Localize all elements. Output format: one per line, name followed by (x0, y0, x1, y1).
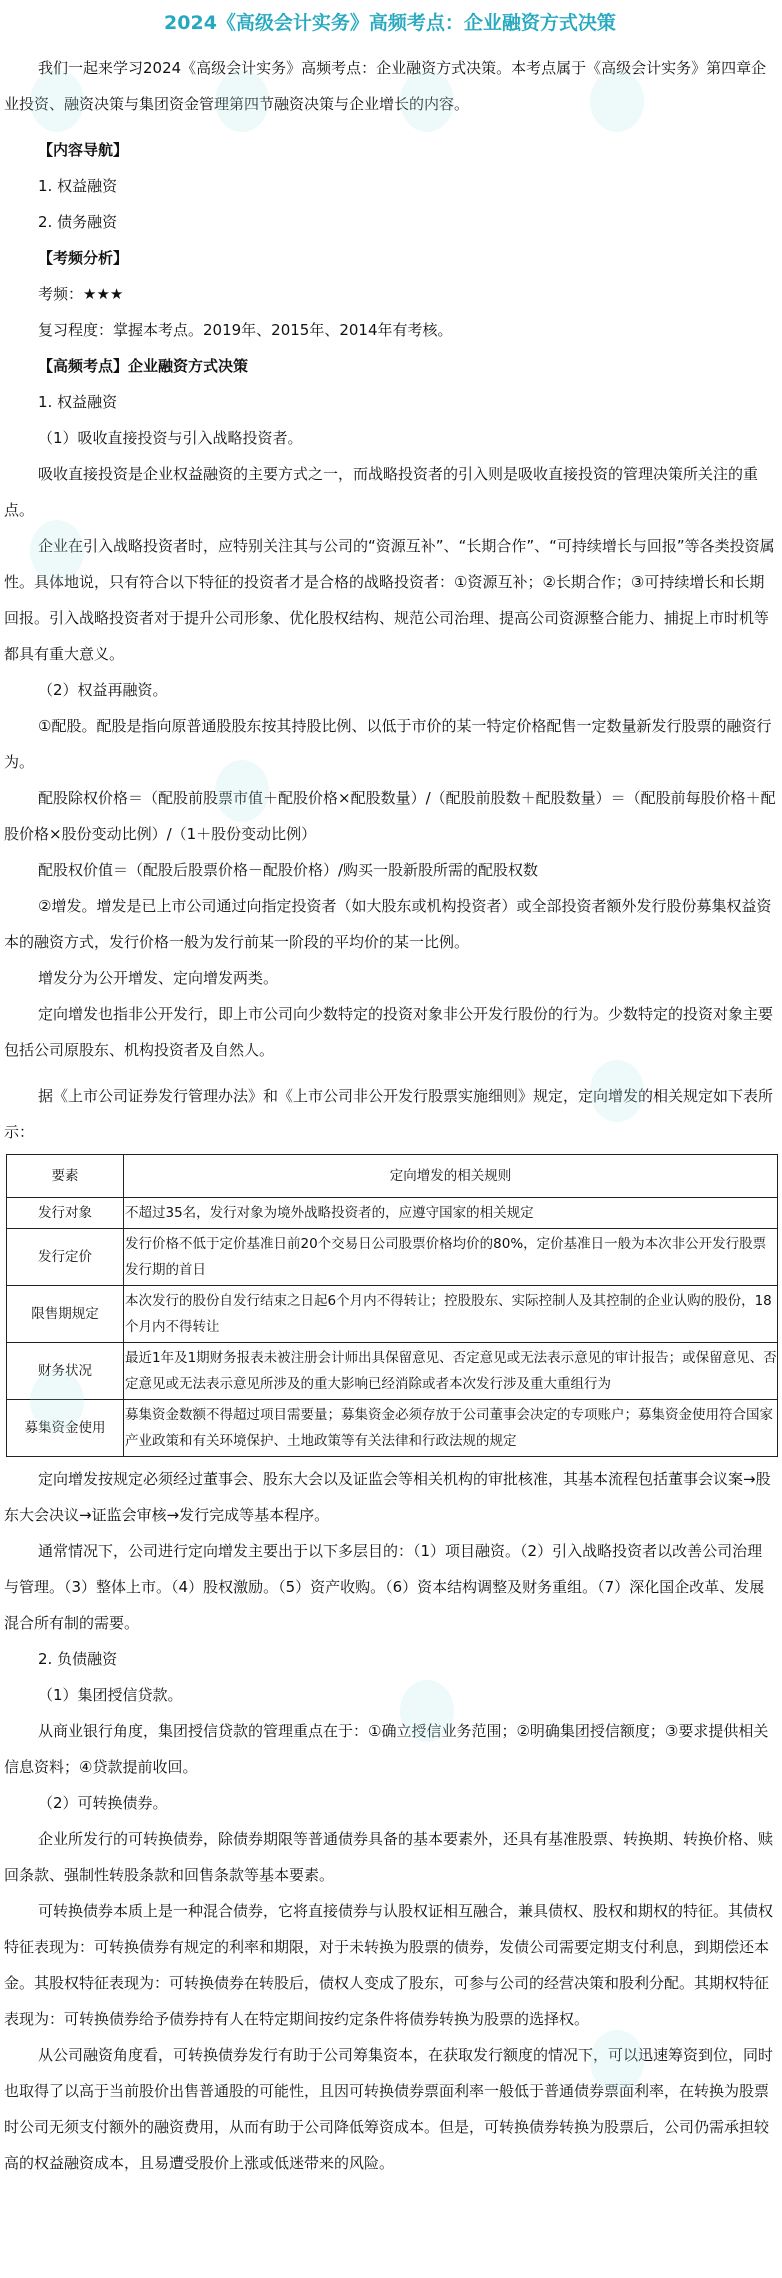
after-table-p2: 通常情况下，公司进行定向增发主要出于以下多层目的：（1）项目融资。（2）引入战略… (4, 1533, 776, 1641)
equity-p4: ②增发。增发是已上市公司通过向指定投资者（如大股东或机构投资者）或全部投资者额外… (4, 888, 776, 960)
rights-value-formula: 配股权价值＝（配股后股票价格－配股价格）/购买一股新股所需的配股权数 (4, 852, 776, 888)
debt-p1: 从商业银行角度，集团授信贷款的管理重点在于：①确立授信业务范围；②明确集团授信额… (4, 1713, 776, 1785)
table-header-rule: 定向增发的相关规则 (124, 1155, 778, 1198)
table-cell-value: 募集资金数额不得超过项目需要量；募集资金必须存放于公司董事会决定的专项账户；募集… (124, 1400, 778, 1457)
table-cell-key: 限售期规定 (7, 1286, 124, 1343)
debt-p4: 从公司融资角度看，可转换债券发行有助于公司筹集资本，在获取发行额度的情况下，可以… (4, 2037, 776, 2181)
equity-p1: 吸收直接投资是企业权益融资的主要方式之一，而战略投资者的引入则是吸收直接投资的管… (4, 456, 776, 528)
table-cell-value: 不超过35名，发行对象为境外战略投资者的，应遵守国家的相关规定 (124, 1198, 778, 1229)
equity-p5: 增发分为公开增发、定向增发两类。 (4, 960, 776, 996)
intro-paragraph: 我们一起来学习2024《高级会计实务》高频考点：企业融资方式决策。本考点属于《高… (4, 50, 776, 122)
table-cell-key: 财务状况 (7, 1343, 124, 1400)
table-cell-value: 发行价格不低于定价基准日前20个交易日公司股票价格均价的80%，定价基准日一般为… (124, 1229, 778, 1286)
exam-frequency: 考频：★★★ (4, 276, 776, 312)
analysis-heading: 【考频分析】 (4, 240, 776, 276)
equity-p2: 企业在引入战略投资者时，应特别关注其与公司的“资源互补”、“长期合作”、“可持续… (4, 528, 776, 672)
section-equity-heading: 1. 权益融资 (4, 384, 776, 420)
review-level: 复习程度：掌握本考点。2019年、2015年、2014年有考核。 (4, 312, 776, 348)
equity-sub1: （1）吸收直接投资与引入战略投资者。 (4, 420, 776, 456)
equity-p7: 据《上市公司证券发行管理办法》和《上市公司非公开发行股票实施细则》规定，定向增发… (4, 1078, 776, 1150)
after-table-p1: 定向增发按规定必须经过董事会、股东大会以及证监会等相关机构的审批核准，其基本流程… (4, 1461, 776, 1533)
table-row: 发行定价 发行价格不低于定价基准日前20个交易日公司股票价格均价的80%，定价基… (7, 1229, 778, 1286)
private-placement-rules-table: 要素 定向增发的相关规则 发行对象 不超过35名，发行对象为境外战略投资者的，应… (6, 1154, 778, 1457)
table-cell-key: 发行定价 (7, 1229, 124, 1286)
table-header-element: 要素 (7, 1155, 124, 1198)
equity-p3: ①配股。配股是指向原普通股股东按其持股比例、以低于市价的某一特定价格配售一定数量… (4, 708, 776, 780)
table-row: 限售期规定 本次发行的股份自发行结束之日起6个月内不得转让；控股股东、实际控制人… (7, 1286, 778, 1343)
equity-sub2: （2）权益再融资。 (4, 672, 776, 708)
debt-p3: 可转换债券本质上是一种混合债券，它将直接债券与认股权证相互融合，兼具债权、股权和… (4, 1893, 776, 2037)
table-cell-key: 募集资金使用 (7, 1400, 124, 1457)
table-cell-key: 发行对象 (7, 1198, 124, 1229)
topic-heading: 【高频考点】企业融资方式决策 (4, 348, 776, 384)
table-row: 发行对象 不超过35名，发行对象为境外战略投资者的，应遵守国家的相关规定 (7, 1198, 778, 1229)
table-header-row: 要素 定向增发的相关规则 (7, 1155, 778, 1198)
article: 2024《高级会计实务》高频考点：企业融资方式决策 我们一起来学习2024《高级… (0, 0, 782, 2201)
equity-p6: 定向增发也指非公开发行，即上市公司向少数特定的投资对象非公开发行股份的行为。少数… (4, 996, 776, 1068)
table-cell-value: 最近1年及1期财务报表未被注册会计师出具保留意见、否定意见或无法表示意见的审计报… (124, 1343, 778, 1400)
rights-issue-price-formula: 配股除权价格＝（配股前股票市值＋配股价格×配股数量）/（配股前股数＋配股数量）＝… (4, 780, 776, 852)
debt-sub2: （2）可转换债券。 (4, 1785, 776, 1821)
debt-sub1: （1）集团授信贷款。 (4, 1677, 776, 1713)
table-row: 财务状况 最近1年及1期财务报表未被注册会计师出具保留意见、否定意见或无法表示意… (7, 1343, 778, 1400)
section-debt-heading: 2. 负债融资 (4, 1641, 776, 1677)
page-title: 2024《高级会计实务》高频考点：企业融资方式决策 (4, 10, 776, 36)
nav-item-equity: 1. 权益融资 (4, 168, 776, 204)
table-cell-value: 本次发行的股份自发行结束之日起6个月内不得转让；控股股东、实际控制人及其控制的企… (124, 1286, 778, 1343)
nav-item-debt: 2. 债务融资 (4, 204, 776, 240)
debt-p2: 企业所发行的可转换债券，除债券期限等普通债券具备的基本要素外，还具有基准股票、转… (4, 1821, 776, 1893)
nav-heading: 【内容导航】 (4, 132, 776, 168)
table-row: 募集资金使用 募集资金数额不得超过项目需要量；募集资金必须存放于公司董事会决定的… (7, 1400, 778, 1457)
